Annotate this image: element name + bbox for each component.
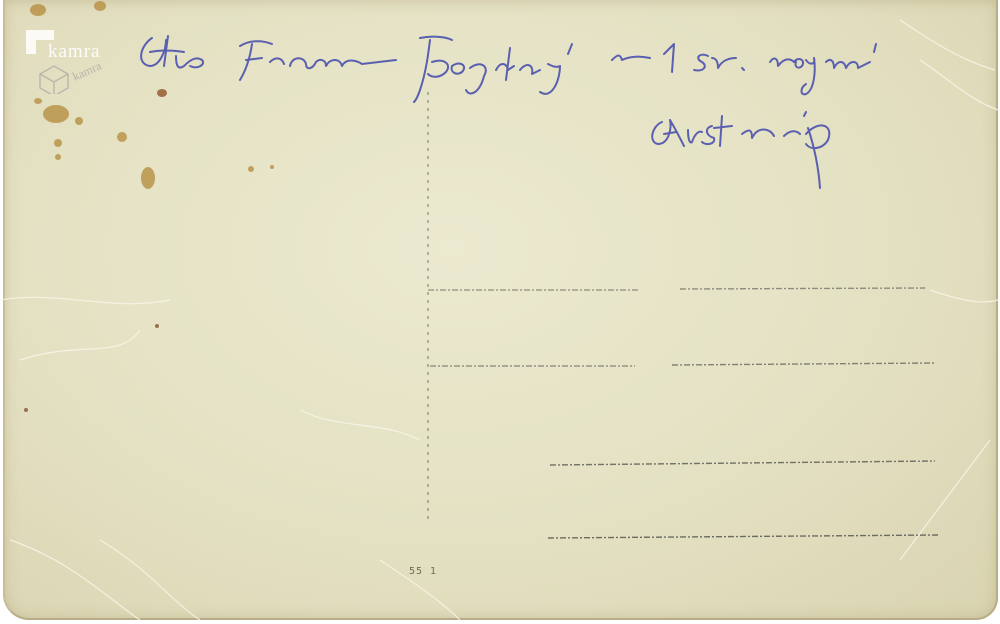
- paper-creases: [0, 20, 998, 620]
- address-line-2b: [672, 363, 935, 365]
- address-line-1b: [680, 288, 925, 289]
- postcard-markings: [0, 0, 1000, 624]
- address-line-3: [550, 461, 935, 465]
- handwritten-text: [141, 36, 876, 188]
- printed-code: 55 1: [409, 566, 437, 577]
- address-line-4: [548, 535, 938, 538]
- address-lines: [428, 288, 938, 538]
- stains: [24, 1, 274, 412]
